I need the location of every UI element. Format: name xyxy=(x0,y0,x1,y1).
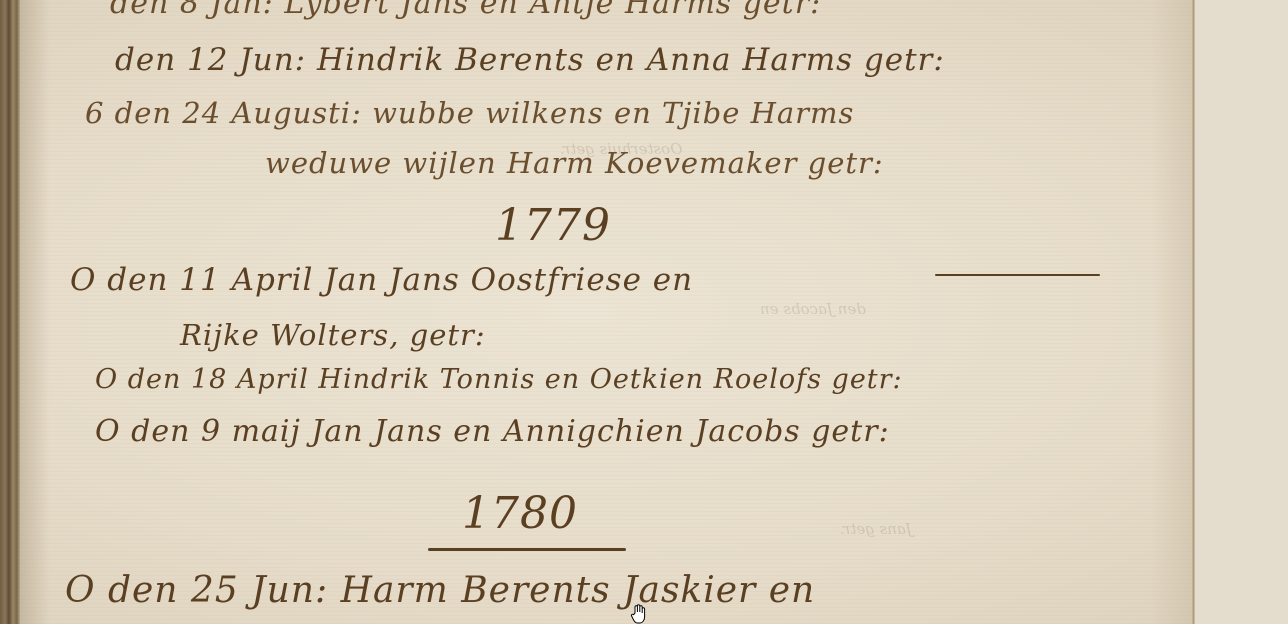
entry-line: den 8 Jan: Lybert Jans en Antje Harms ge… xyxy=(110,0,821,21)
year-heading: 1779 xyxy=(495,200,611,251)
entry-line: 6 den 24 Augusti: wubbe wilkens en Tjibe… xyxy=(85,96,854,130)
line-filler-stroke xyxy=(935,274,1100,276)
bleed-through-text: Jans getr. xyxy=(840,520,912,538)
year-underline xyxy=(428,548,626,551)
entry-line: O den 18 April Hindrik Tonnis en Oetkien… xyxy=(95,364,903,395)
bleed-through-text: den Jacobs en xyxy=(760,300,866,318)
book-binding-edge xyxy=(0,0,20,624)
entry-line: O den 25 Jun: Harm Berents Jaskier en xyxy=(65,570,815,611)
gutter-shade xyxy=(1150,0,1192,624)
binding-shadow xyxy=(20,0,50,624)
manuscript-page: Oosterhuis getr. den Jacobs en Jans getr… xyxy=(0,0,1288,624)
entry-line: O den 11 April Jan Jans Oostfriese en xyxy=(70,262,693,298)
entry-line: Rijke Wolters, getr: xyxy=(180,318,486,352)
year-heading: 1780 xyxy=(462,488,578,539)
document-viewer[interactable]: Oosterhuis getr. den Jacobs en Jans getr… xyxy=(0,0,1288,624)
hand-pointer-icon xyxy=(630,604,648,624)
entry-line: weduwe wijlen Harm Koevemaker getr: xyxy=(265,146,884,180)
entry-line: O den 9 maij Jan Jans en Annigchien Jaco… xyxy=(95,414,890,449)
facing-page-edge xyxy=(1195,0,1288,624)
entry-line: den 12 Jun: Hindrik Berents en Anna Harm… xyxy=(115,42,945,78)
